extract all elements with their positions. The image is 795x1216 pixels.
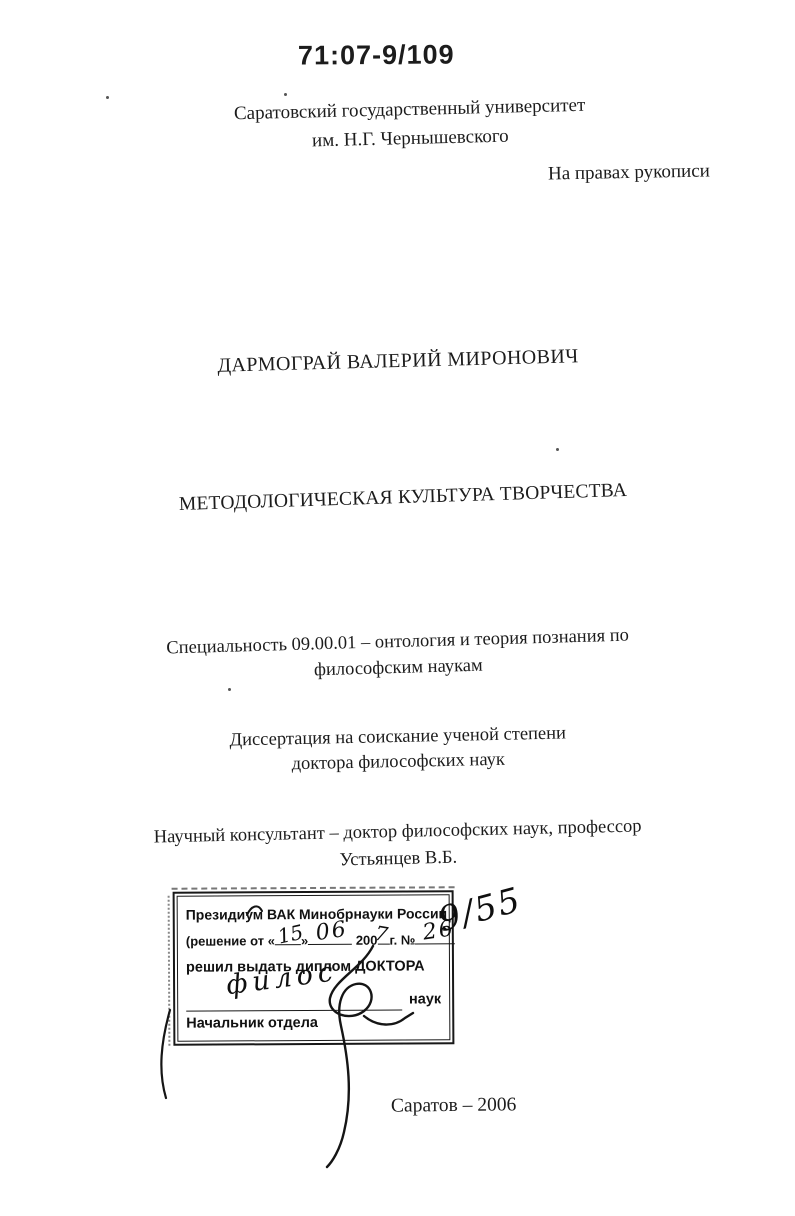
scan-speck [228, 688, 231, 691]
university-name: Саратовский государственный университет … [159, 89, 660, 159]
scan-speck [556, 448, 559, 451]
stamp-decision-prefix: (решение от « [186, 933, 275, 948]
stamp-decision-line: (решение от «15»06 2007г. №26 [186, 926, 441, 954]
catalog-number: 71:07-9/109 [298, 39, 455, 71]
handwritten-number-outside: 9/55 [434, 880, 526, 940]
stamp-nauk-label: наук [409, 988, 441, 1010]
specialty-statement: Специальность 09.00.01 – онтология и тео… [127, 621, 668, 688]
vak-stamp: Президиум ВАК Минобрнауки России (решени… [173, 890, 455, 1045]
handwritten-month: 06 [314, 916, 350, 947]
author-name: ДАРМОГРАЙ ВАЛЕРИЙ МИРОНОВИЧ [158, 344, 638, 380]
handwritten-day: 15 [275, 919, 306, 951]
city-year: Саратов – 2006 [391, 1094, 517, 1117]
scanned-title-page: 71:07-9/109 Саратовский государственный … [0, 0, 795, 1216]
scan-speck [284, 93, 287, 96]
manuscript-note: На правах рукописи [548, 160, 710, 185]
stamp-scan-artifact [172, 886, 455, 889]
thesis-statement: Диссертация на соискание ученой степени … [178, 720, 619, 779]
stamp-degree-field-line: филоснаук [186, 980, 441, 1011]
stamp-scan-artifact [168, 896, 171, 1046]
stamp-month-slot: 06 [308, 928, 352, 945]
stamp-line5: Начальник отдела [186, 1010, 441, 1037]
stamp-day-slot: 15 [275, 928, 301, 945]
stamp-frame: Президиум ВАК Минобрнауки России (решени… [177, 894, 451, 1041]
stamp-year-suffix: г. № [389, 932, 415, 947]
scientific-consultant: Научный консультант – доктор философских… [127, 813, 668, 879]
stamp-degree-field-slot: филос [186, 992, 402, 1012]
scan-speck [106, 96, 109, 99]
dissertation-title: МЕТОДОЛОГИЧЕСКАЯ КУЛЬТУРА ТВОРЧЕСТВА [153, 479, 653, 517]
stamp-year-slot: 7 [377, 928, 389, 945]
stamp-line1: Президиум ВАК Минобрнауки России [186, 900, 441, 927]
